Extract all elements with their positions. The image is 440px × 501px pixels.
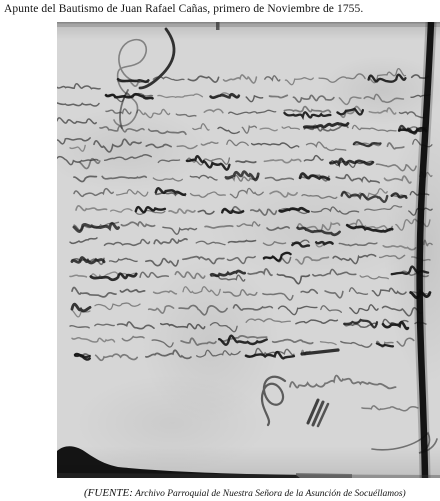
top-caption: Apunte del Bautismo de Juan Rafael Cañas… [4, 3, 436, 15]
document-page: Apunte del Bautismo de Juan Rafael Cañas… [0, 0, 440, 501]
source-text: Archivo Parroquial de Nuestra Señora de … [133, 489, 406, 499]
manuscript-scan [57, 22, 440, 478]
source-label: (FUENTE: [84, 487, 133, 499]
handwriting-image [57, 22, 440, 478]
source-caption: (FUENTE: Archivo Parroquial de Nuestra S… [84, 483, 406, 501]
